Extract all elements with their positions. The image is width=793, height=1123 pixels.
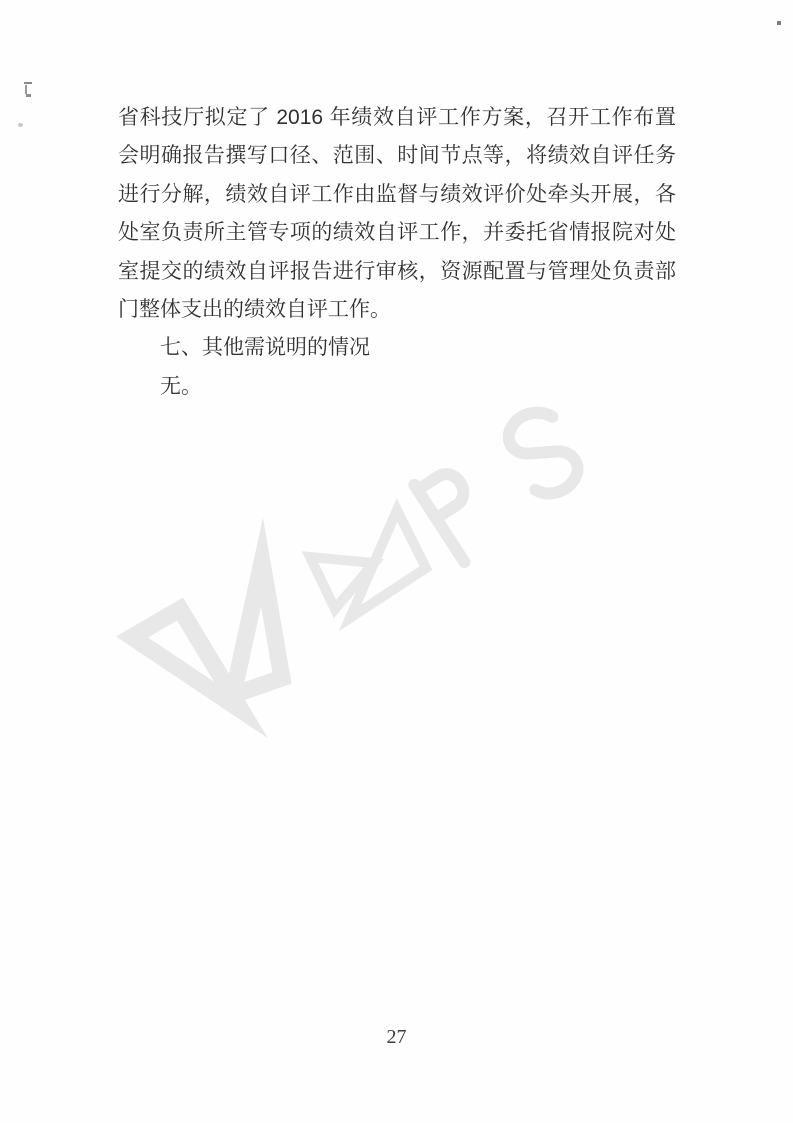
section-heading: 七、其他需说明的情况	[118, 329, 676, 367]
watermark-letter-s-icon	[498, 403, 589, 503]
body-text: 省科技厅拟定了 2016 年绩效自评工作方案，召开工作布置 会明确报告撰写口径、…	[118, 99, 676, 406]
scan-speck-top-right	[777, 21, 781, 25]
page: 省科技厅拟定了 2016 年绩效自评工作方案，召开工作布置 会明确报告撰写口径、…	[0, 0, 793, 1123]
paragraph-line: 进行分解，绩效自评工作由监督与绩效评价处牵头开展，各	[118, 176, 676, 214]
page-number: 27	[0, 1026, 793, 1049]
wps-logo-mark-icon	[132, 562, 282, 710]
paragraph-line: 省科技厅拟定了 2016 年绩效自评工作方案，召开工作布置	[118, 99, 676, 137]
watermark-letter-w-icon	[310, 510, 426, 618]
section-note: 无。	[118, 368, 676, 406]
watermark-letter-p-icon	[414, 463, 497, 562]
scan-speck-left	[22, 80, 34, 100]
paragraph-line: 处室负责所主管专项的绩效自评工作，并委托省情报院对处	[118, 214, 676, 252]
paragraph-line: 会明确报告撰写口径、范围、时间节点等，将绩效自评任务	[118, 137, 676, 175]
paragraph-line: 门整体支出的绩效自评工作。	[118, 291, 676, 329]
scan-speck-left-lower	[18, 123, 23, 127]
paragraph-line: 室提交的绩效自评报告进行审核，资源配置与管理处负责部	[118, 253, 676, 291]
